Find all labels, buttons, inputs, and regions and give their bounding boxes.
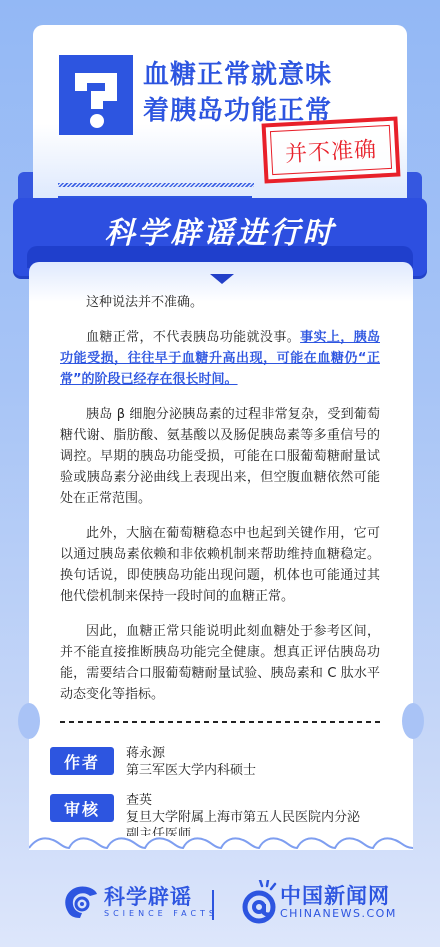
article-card: 这种说法并不准确。 血糖正常，不代表胰岛功能就没事。事实上，胰岛功能受损，往往早… [29,262,413,850]
author-tag: 作者 [50,747,114,775]
headline-line-1: 血糖正常就意味 [143,57,413,93]
science-facts-en: SCIENCE FACTS [104,909,218,919]
paragraph-text: 这种说法并不准确。 [86,295,203,310]
reviewer-title: 复旦大学附属上海市第五人民医院内分泌 [126,809,360,826]
paragraph-3: 胰岛 β 细胞分泌胰岛素的过程非常复杂，受到葡萄糖代谢、脂肪酸、氨基酸以及肠促胰… [60,404,380,509]
hatch-decoration [58,183,254,187]
chinanews-logo: 中国新闻网 CHINANEWS.COM [240,880,397,924]
poster: 血糖正常就意味 着胰岛功能正常 并不准确 科学辟谣进行时 这种说法并不准确。 血… [0,0,440,947]
ticket-notch-left [18,703,40,739]
paragraph-4: 此外，大脑在葡萄糖稳态中也起到关键作用，它可以通过胰岛素依赖和非依赖机制来帮助维… [60,523,380,607]
science-facts-logo: 科学辟谣 SCIENCE FACTS [60,882,218,922]
author-title: 第三军医大学内科硕士 [126,762,256,779]
logo-divider [212,890,214,920]
reviewer-tag: 审核 [50,794,114,822]
paragraph-text: 血糖正常，不代表胰岛功能就没事。 [86,330,300,345]
paragraph-text: 胰岛 β 细胞分泌胰岛素的过程非常复杂，受到葡萄糖代谢、脂肪酸、氨基酸以及肠促胰… [60,407,380,506]
paragraph-text: 因此，血糖正常只能说明此刻血糖处于参考区间，并不能直接推断胰岛功能完全健康。想真… [60,624,380,702]
author-row: 作者 蒋永源 第三军医大学内科硕士 [50,747,256,779]
footer: 科学辟谣 SCIENCE FACTS 中国新闻网 CHINANEWS.COM [0,880,440,930]
author-info: 蒋永源 第三军医大学内科硕士 [126,745,256,779]
ticket-notch-right [402,703,424,739]
paragraph-5: 因此，血糖正常只能说明此刻血糖处于参考区间，并不能直接推断胰岛功能完全健康。想真… [60,621,380,705]
dashed-divider [60,721,382,723]
reviewer-name: 查英 [126,792,360,809]
science-facts-icon [60,882,100,922]
not-accurate-stamp: 并不准确 [262,116,401,183]
paragraph-text: 此外，大脑在葡萄糖稳态中也起到关键作用，它可以通过胰岛素依赖和非依赖机制来帮助维… [60,526,380,604]
scalloped-edge [29,836,413,856]
chinanews-en: CHINANEWS.COM [280,908,397,920]
at-sign-icon [240,880,280,924]
stamp-text: 并不准确 [270,125,392,175]
science-facts-cn: 科学辟谣 [104,885,218,909]
paragraph-1: 这种说法并不准确。 [60,292,380,313]
question-mark-icon [59,55,133,135]
triangle-down-icon [210,274,234,284]
chinanews-cn: 中国新闻网 [280,884,397,908]
author-name: 蒋永源 [126,745,256,762]
paragraph-2: 血糖正常，不代表胰岛功能就没事。事实上，胰岛功能受损，往往早于血糖升高出现，可能… [60,327,380,390]
article-body: 这种说法并不准确。 血糖正常，不代表胰岛功能就没事。事实上，胰岛功能受损，往往早… [60,292,380,719]
